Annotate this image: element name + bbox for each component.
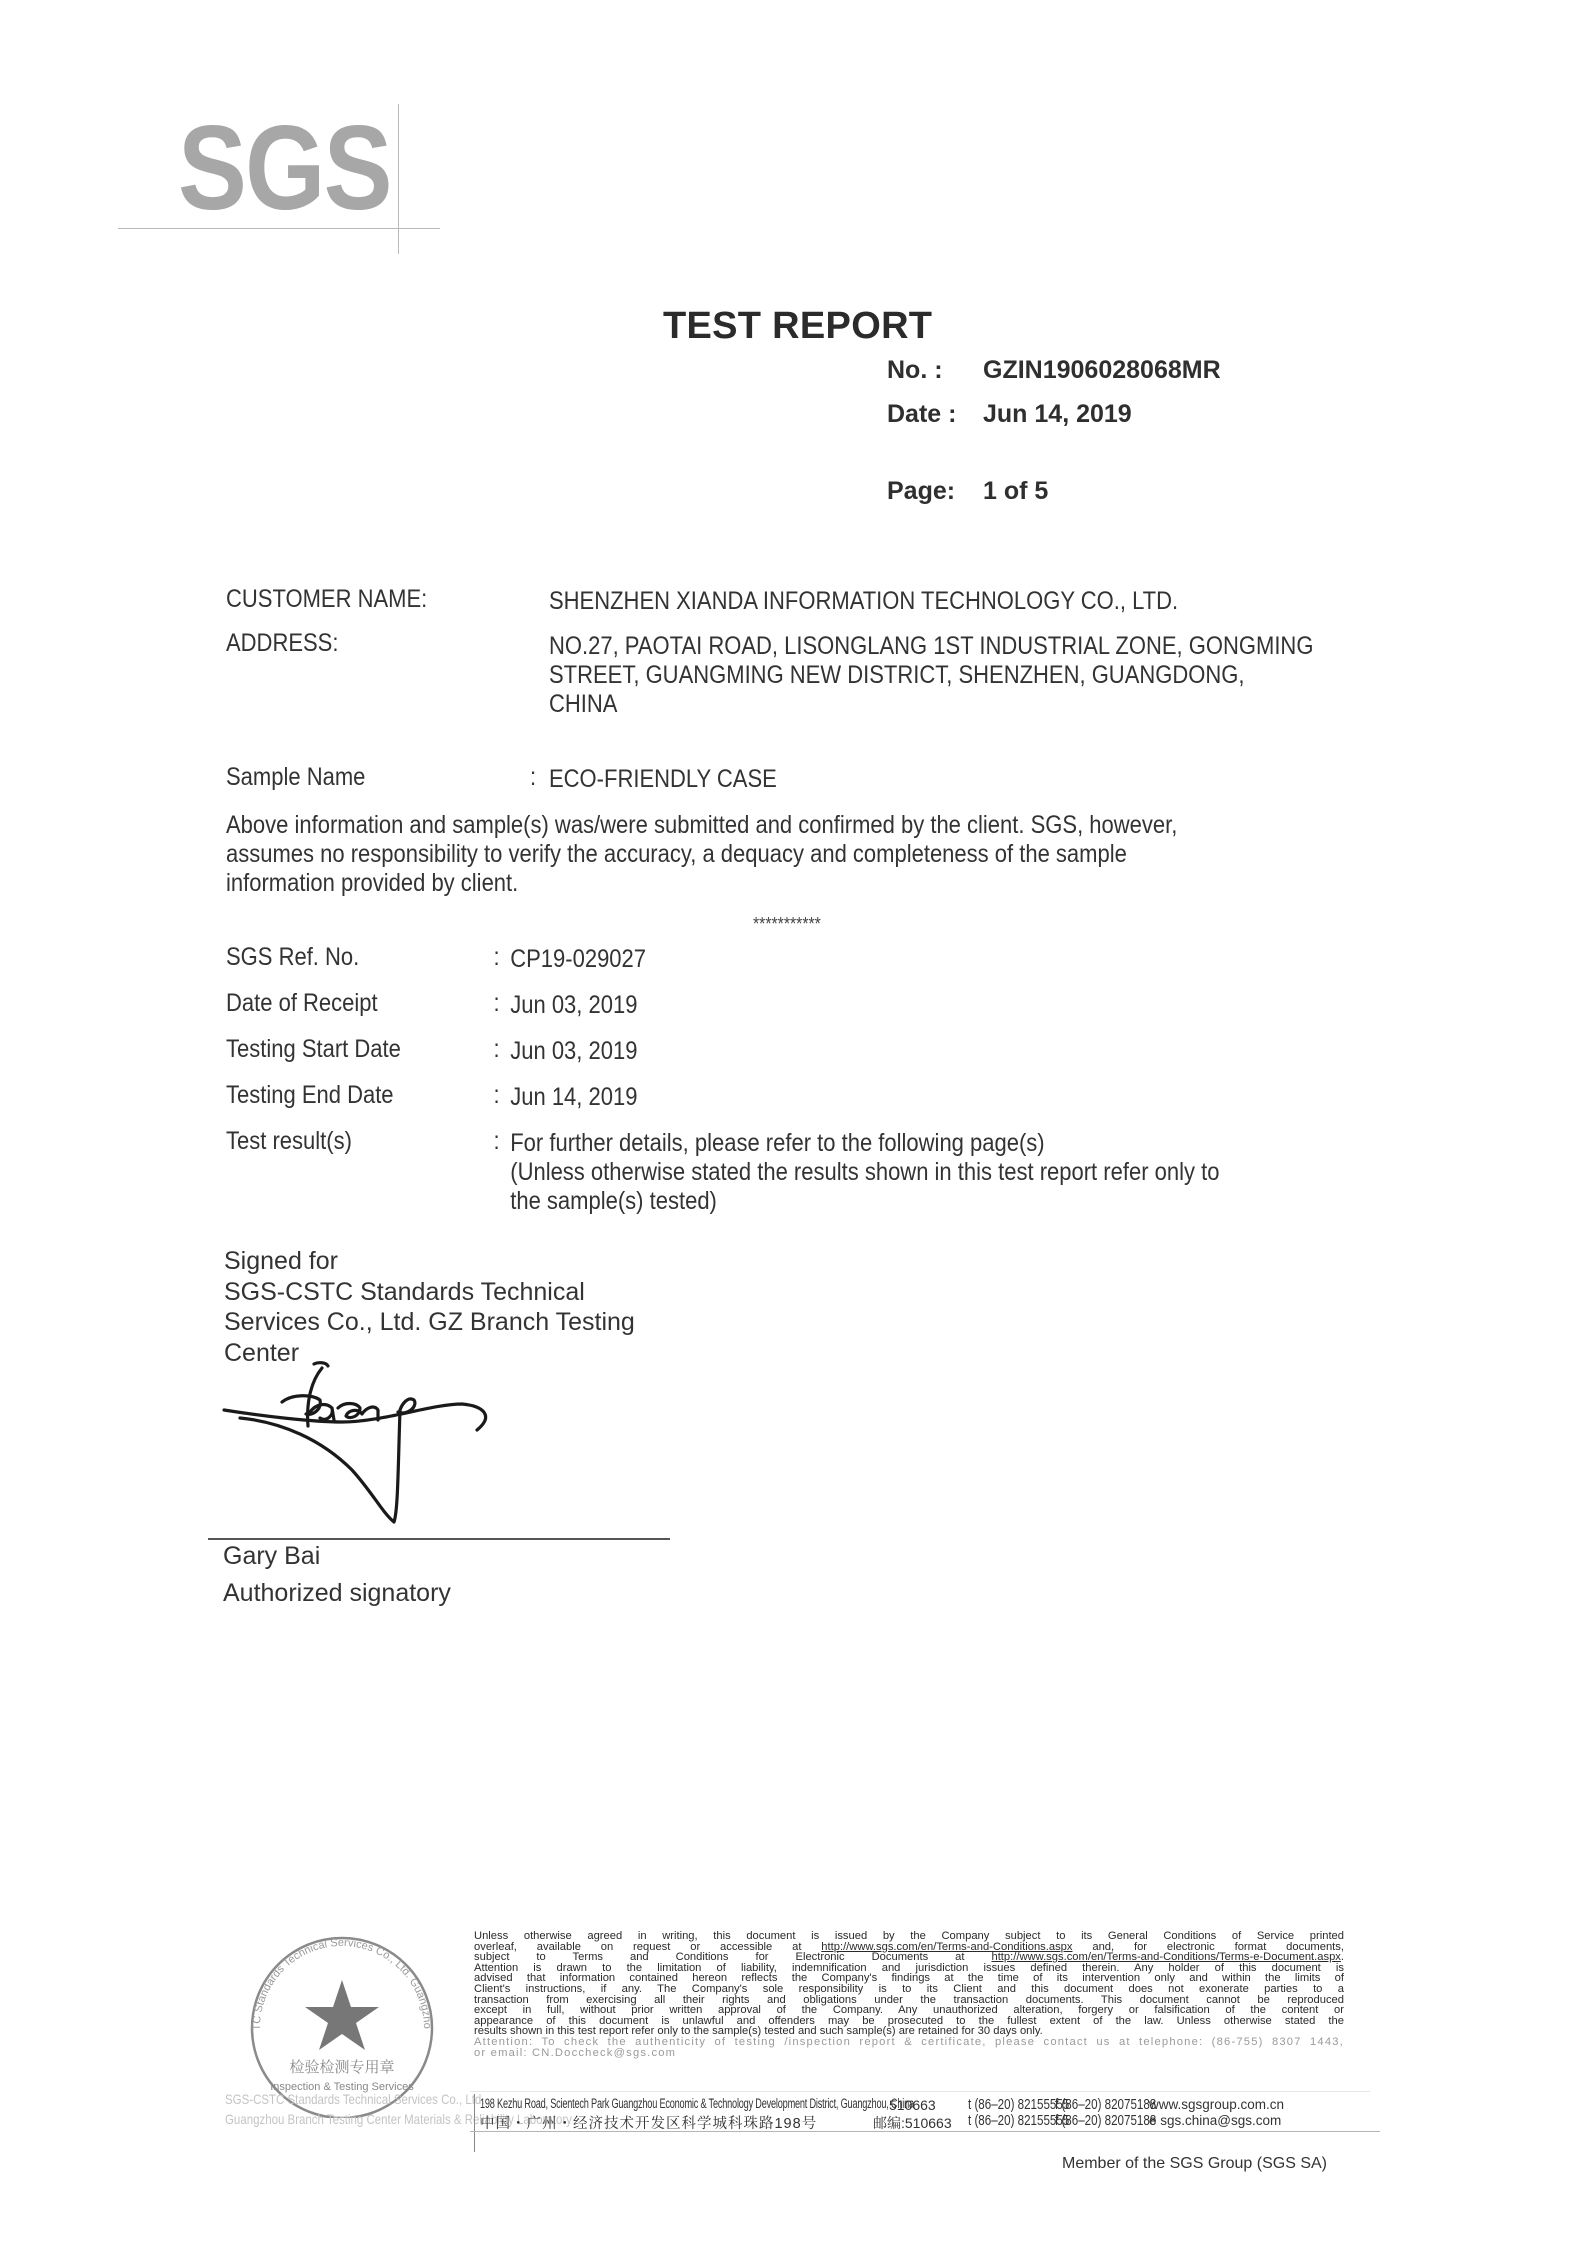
detail-label: Test result(s) (226, 1126, 352, 1156)
notice-line: assumes no responsibility to verify the … (226, 839, 1177, 868)
detail-colon: : (494, 1080, 500, 1110)
detail-colon: : (494, 1034, 500, 1064)
sample-name-colon: : (530, 763, 536, 792)
detail-row-testing-end: Testing End Date : Jun 14, 2019 (226, 1080, 1282, 1112)
signature-line (208, 1538, 670, 1540)
detail-value-line: Jun 03, 2019 (510, 1036, 637, 1065)
address-line: CHINA (549, 689, 1313, 718)
detail-colon: : (494, 942, 500, 972)
logo-divider-horizontal (118, 228, 440, 229)
report-number-label: No. : (887, 356, 943, 385)
detail-value-line: the sample(s) tested) (510, 1186, 1219, 1215)
address-line: NO.27, PAOTAI ROAD, LISONGLANG 1ST INDUS… (549, 631, 1313, 660)
detail-value-line: (Unless otherwise stated the results sho… (510, 1157, 1219, 1186)
address-divider-top (470, 2091, 1370, 2092)
postcode-en: 510663 (889, 2097, 936, 2113)
customer-name-label: CUSTOMER NAME: (226, 584, 427, 614)
detail-value: For further details, please refer to the… (510, 1128, 1219, 1215)
office-address-cn: 中国・广州・经济技术开发区科学城科珠路198号 (480, 2112, 817, 2133)
address-line: STREET, GUANGMING NEW DISTRICT, SHENZHEN… (549, 660, 1313, 689)
sgs-group-membership: Member of the SGS Group (SGS SA) (1062, 2155, 1327, 2173)
detail-value: CP19-029027 (510, 944, 646, 973)
signatory-name: Gary Bai (223, 1542, 320, 1571)
report-title: TEST REPORT (663, 305, 932, 348)
sample-name-label: Sample Name (226, 762, 365, 792)
fax-2: f (86–20) 82075188 (1055, 2113, 1156, 2129)
detail-label: Date of Receipt (226, 988, 378, 1018)
disclaimer-line: Client's instructions, if any. The Compa… (474, 1984, 1344, 1995)
authenticity-check-line: Attention: To check the authenticity of … (474, 2037, 1344, 2048)
postcode-cn: 邮编:510663 (873, 2113, 952, 2133)
notice-line: information provided by client. (226, 868, 1177, 897)
signatory-role: Authorized signatory (223, 1579, 451, 1608)
detail-value: Jun 03, 2019 (510, 990, 637, 1019)
sgs-logo: SGS (178, 108, 391, 228)
address-label: ADDRESS: (226, 628, 338, 658)
report-date-label: Date : (887, 400, 956, 429)
detail-value: Jun 14, 2019 (510, 1082, 637, 1111)
office-address-en: 198 Kezhu Road, Scientech Park Guangzhou… (480, 2096, 914, 2111)
client-notice: Above information and sample(s) was/were… (226, 810, 1177, 897)
address-value: NO.27, PAOTAI ROAD, LISONGLANG 1ST INDUS… (549, 631, 1313, 718)
logo-divider-vertical (398, 104, 399, 254)
svg-text:检验检测专用章: 检验检测专用章 (289, 2058, 394, 2076)
detail-value-line: Jun 14, 2019 (510, 1082, 637, 1111)
legal-disclaimer: Unless otherwise agreed in writing, this… (474, 1931, 1344, 2058)
address-divider-bottom (470, 2131, 1380, 2132)
page-value: 1 of 5 (983, 477, 1048, 506)
address-divider-vertical (474, 2094, 475, 2152)
signed-for-line: SGS-CSTC Standards Technical (224, 1277, 635, 1308)
website-link[interactable]: www.sgsgroup.com.cn (1149, 2097, 1284, 2112)
detail-value-line: For further details, please refer to the… (510, 1128, 1219, 1157)
signed-for-block: Signed for SGS-CSTC Standards Technical … (224, 1246, 635, 1368)
star-icon (305, 1980, 379, 2050)
section-separator: *********** (753, 914, 821, 935)
company-seal-stamp: 检验检测专用章 Inspection & Testing Services SG… (232, 1918, 452, 2118)
signed-for-line: Services Co., Ltd. GZ Branch Testing (224, 1307, 635, 1338)
detail-label: Testing End Date (226, 1080, 394, 1110)
detail-row-testing-start: Testing Start Date : Jun 03, 2019 (226, 1034, 1282, 1066)
report-number-value: GZIN1906028068MR (983, 356, 1221, 385)
page-label: Page: (887, 477, 955, 506)
customer-name-value: SHENZHEN XIANDA INFORMATION TECHNOLOGY C… (549, 586, 1178, 616)
detail-colon: : (494, 1126, 500, 1156)
detail-row-sgs-ref: SGS Ref. No. : CP19-029027 (226, 942, 1282, 974)
email-link[interactable]: e sgs.china@sgs.com (1149, 2113, 1281, 2128)
detail-label: SGS Ref. No. (226, 942, 359, 972)
detail-value-line: CP19-029027 (510, 944, 646, 973)
detail-row-test-results: Test result(s) : For further details, pl… (226, 1126, 1282, 1226)
detail-label: Testing Start Date (226, 1034, 401, 1064)
report-date-value: Jun 14, 2019 (983, 400, 1132, 429)
detail-colon: : (494, 988, 500, 1018)
notice-line: Above information and sample(s) was/were… (226, 810, 1177, 839)
signed-for-line: Signed for (224, 1246, 635, 1277)
fax-1: f (86–20) 82075188 (1055, 2097, 1156, 2113)
detail-row-date-of-receipt: Date of Receipt : Jun 03, 2019 (226, 988, 1282, 1020)
handwritten-signature (222, 1360, 502, 1540)
sample-name-value: ECO-FRIENDLY CASE (549, 764, 777, 794)
detail-value: Jun 03, 2019 (510, 1036, 637, 1065)
detail-value-line: Jun 03, 2019 (510, 990, 637, 1019)
authenticity-email[interactable]: or email: CN.Doccheck@sgs.com (474, 2048, 1344, 2059)
